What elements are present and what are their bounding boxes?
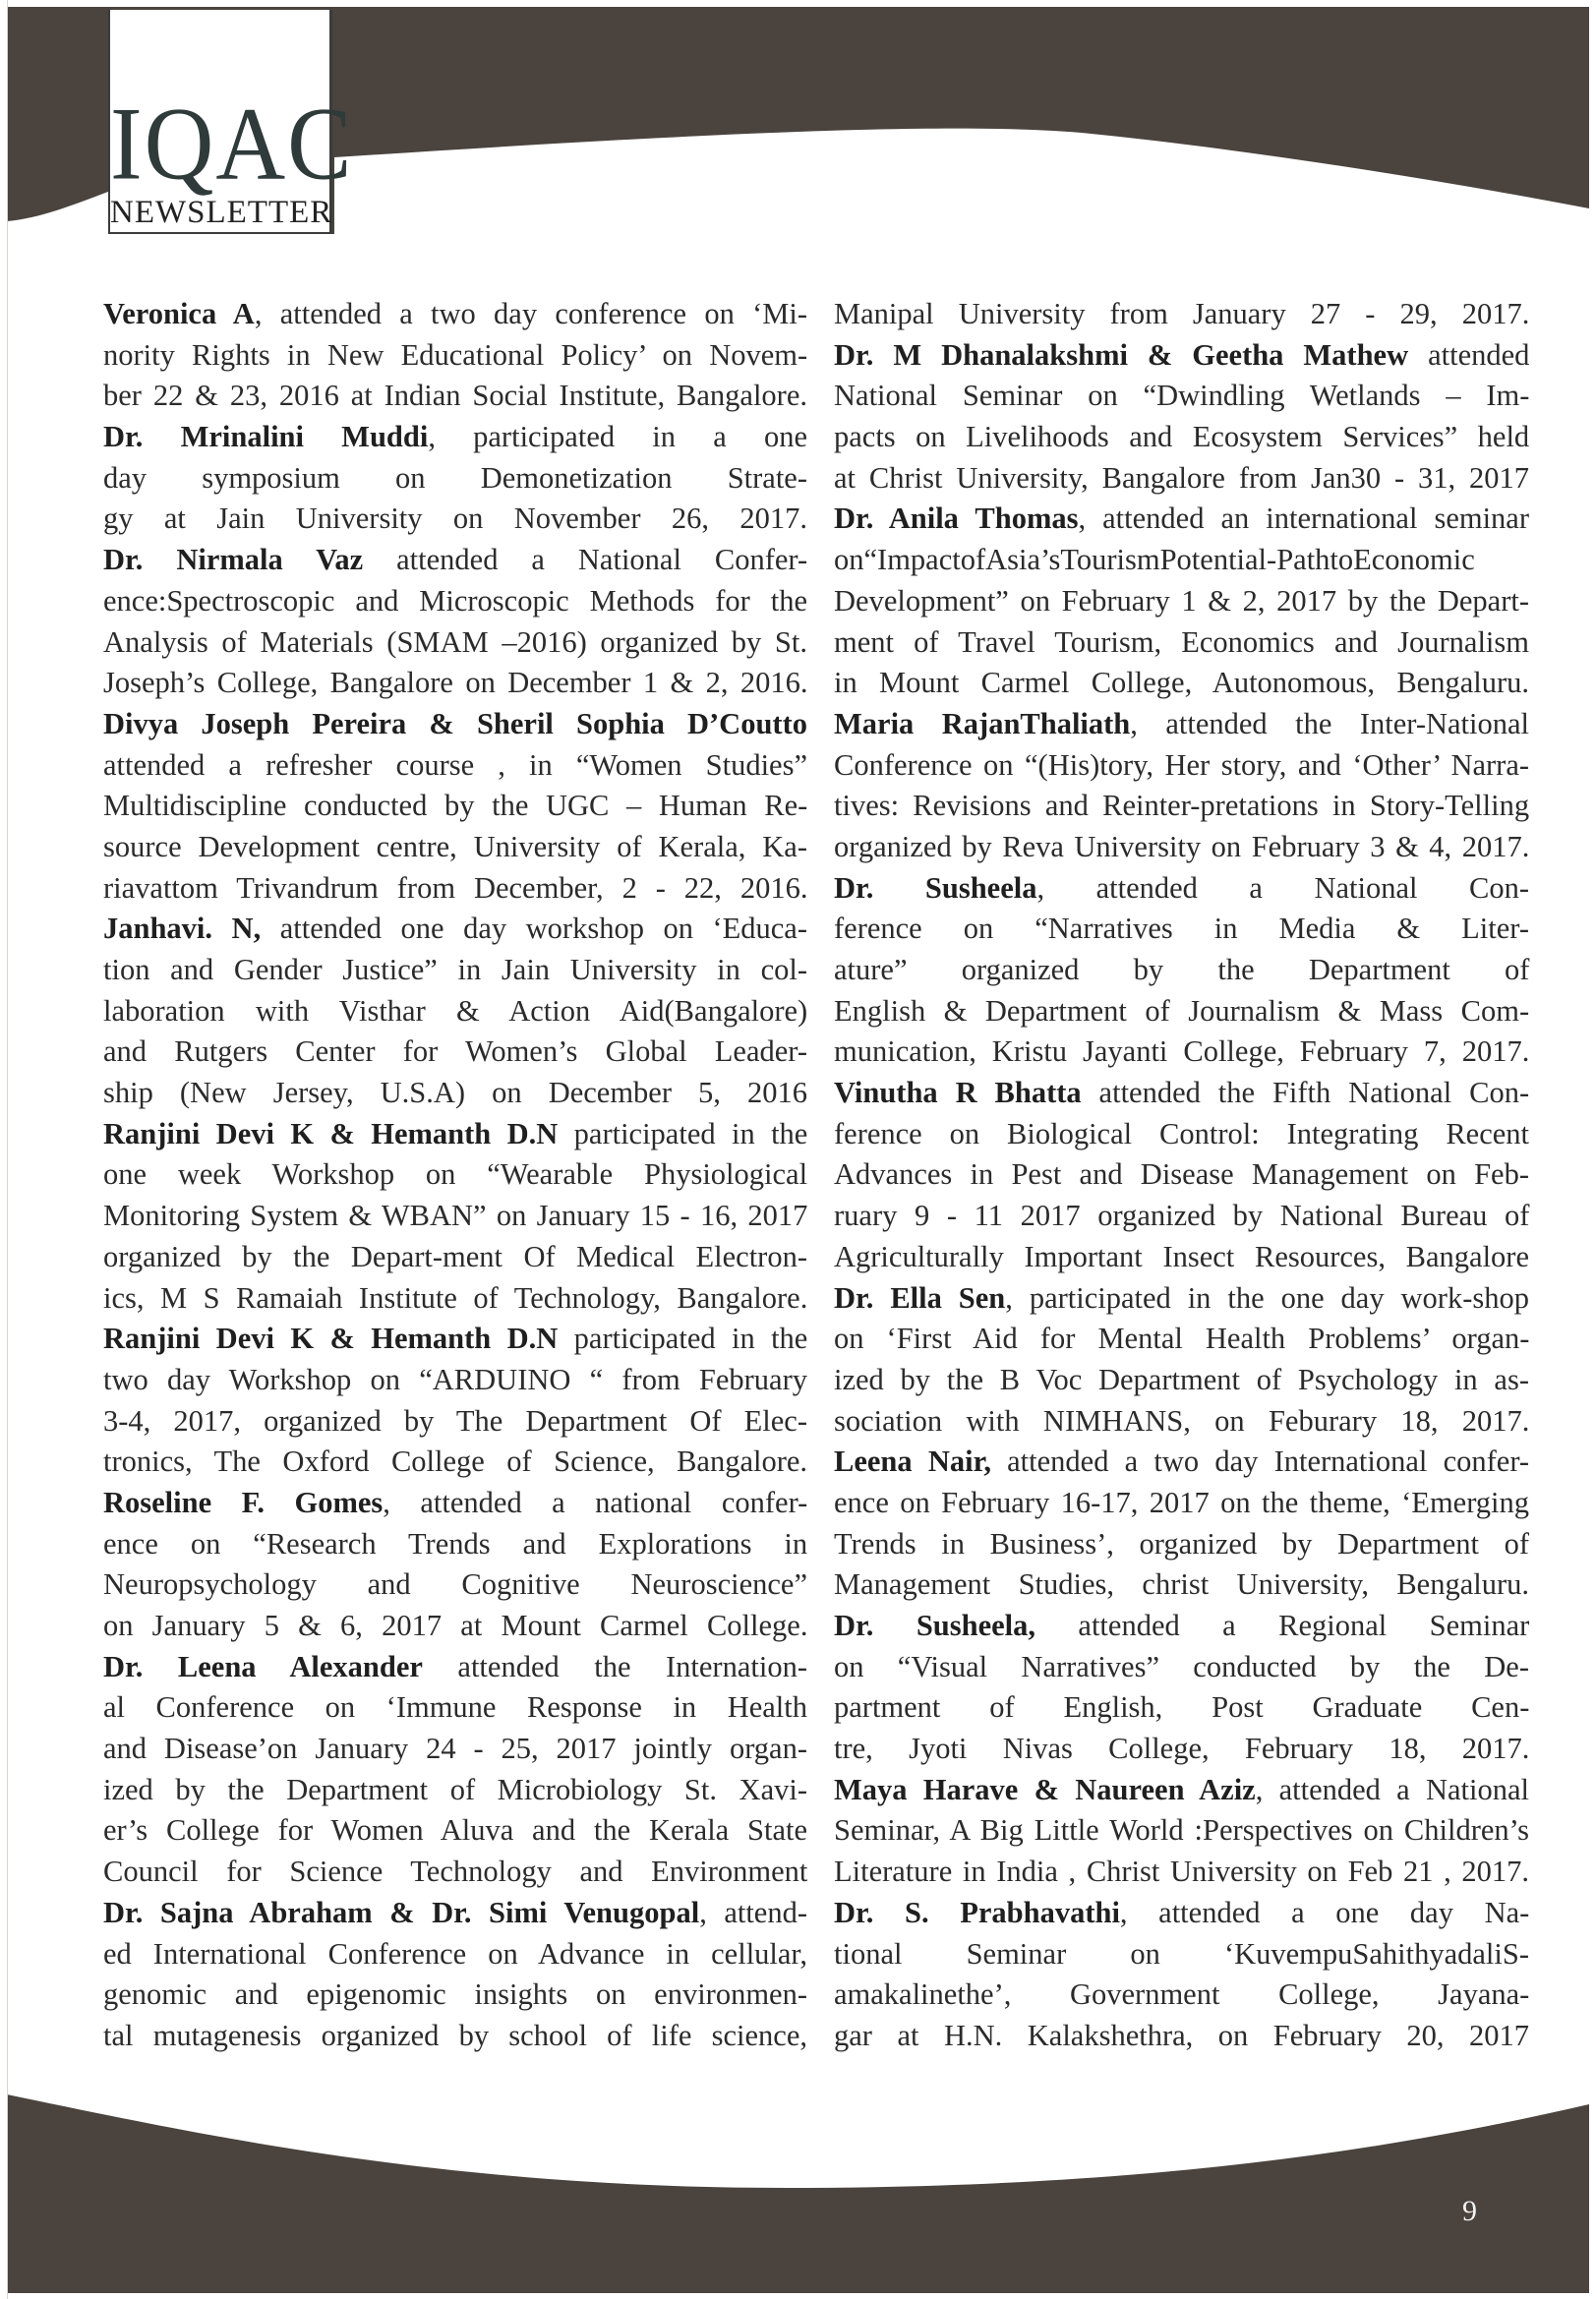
line-text: tional Seminar on ‘KuvempuSahithyadaliS- — [834, 1937, 1529, 1971]
text-line: organized by Reva University on February… — [834, 827, 1529, 868]
logo-title: IQAC — [110, 96, 329, 192]
line-text: Joseph’s College, Bangalore on December … — [103, 666, 807, 699]
text-line: Dr. Ella Sen, participated in the one da… — [834, 1278, 1529, 1320]
text-line: Analysis of Materials (SMAM –2016) organ… — [103, 622, 807, 664]
text-line: two day Workshop on “ARDUINO “ from Febr… — [103, 1360, 807, 1401]
line-text: tives: Revisions and Reinter-pretations … — [834, 789, 1529, 822]
text-line: gar at H.N. Kalakshethra, on February 20… — [834, 2016, 1529, 2057]
text-line: tre, Jyoti Nivas College, February 18, 2… — [834, 1729, 1529, 1770]
text-line: laboration with Visthar & Action Aid(Ban… — [103, 991, 807, 1032]
text-line: on“ImpactofAsia’sTourismPotential-Pathto… — [834, 540, 1529, 581]
line-text: ics, M S Ramaiah Institute of Technology… — [103, 1281, 807, 1315]
line-text: attended a National Confer- — [363, 543, 807, 576]
text-line: ence:Spectroscopic and Microscopic Metho… — [103, 581, 807, 622]
line-text: participated in the — [558, 1117, 807, 1150]
text-line: Multidiscipline conducted by the UGC – H… — [103, 786, 807, 827]
text-line: ber 22 & 23, 2016 at Indian Social Insti… — [103, 376, 807, 417]
line-text: one week Workshop on “Wearable Physiolog… — [103, 1157, 807, 1191]
line-text: ship (New Jersey, U.S.A) on December 5, … — [103, 1076, 807, 1109]
text-line: Dr. S. Prabhavathi, attended a one day N… — [834, 1893, 1529, 1934]
text-line: ference on “Narratives in Media & Liter- — [834, 909, 1529, 950]
text-line: Dr. Nirmala Vaz attended a National Conf… — [103, 540, 807, 581]
line-text: attended a two day International confer- — [991, 1444, 1529, 1478]
line-text: ence:Spectroscopic and Microscopic Metho… — [103, 584, 807, 618]
line-text: Seminar, A Big Little World :Perspective… — [834, 1813, 1529, 1847]
text-line: Dr. Anila Thomas, attended an internatio… — [834, 499, 1529, 540]
line-text: day symposium on Demonetization Strate- — [103, 461, 807, 495]
text-line: Dr. Leena Alexander attended the Interna… — [103, 1647, 807, 1688]
text-line: one week Workshop on “Wearable Physiolog… — [103, 1154, 807, 1196]
text-line: ship (New Jersey, U.S.A) on December 5, … — [103, 1073, 807, 1114]
line-text: attended the Internation- — [423, 1650, 807, 1683]
line-text: Advances in Pest and Disease Management … — [834, 1157, 1529, 1191]
line-text: ed International Conference on Advance i… — [103, 1937, 807, 1971]
attendee-name: Dr. Nirmala Vaz — [103, 543, 363, 576]
text-line: Seminar, A Big Little World :Perspective… — [834, 1810, 1529, 1852]
text-line: and Disease’on January 24 - 25, 2017 joi… — [103, 1729, 807, 1770]
line-text: tal mutagenesis organized by school of l… — [103, 2019, 807, 2052]
text-line: at Christ University, Bangalore from Jan… — [834, 458, 1529, 500]
left-column-text: Veronica A, attended a two day conferenc… — [103, 294, 807, 2057]
text-line: tal mutagenesis organized by school of l… — [103, 2016, 807, 2057]
newsletter-logo: IQAC NEWSLETTER — [108, 10, 332, 234]
text-line: tronics, The Oxford College of Science, … — [103, 1442, 807, 1483]
attendee-name: Dr. Ella Sen — [834, 1281, 1005, 1315]
line-text: attended a Regional Seminar — [1035, 1609, 1529, 1642]
text-line: ruary 9 - 11 2017 organized by National … — [834, 1196, 1529, 1237]
line-text: two day Workshop on “ARDUINO “ from Febr… — [103, 1363, 807, 1396]
text-line: Vinutha R Bhatta attended the Fifth Nati… — [834, 1073, 1529, 1114]
page-number: 9 — [1462, 2195, 1477, 2228]
line-text: on January 5 & 6, 2017 at Mount Carmel C… — [103, 1609, 807, 1642]
text-line: munication, Kristu Jayanti College, Febr… — [834, 1032, 1529, 1073]
line-text: Neuropsychology and Cognitive Neuroscien… — [103, 1567, 807, 1601]
attendee-name: Ranjini Devi K & Hemanth D.N — [103, 1322, 558, 1355]
text-line: Dr. Mrinalini Muddi, participated in a o… — [103, 417, 807, 458]
line-text: Trends in Business’, organized by Depart… — [834, 1527, 1529, 1561]
text-line: partment of English, Post Graduate Cen- — [834, 1687, 1529, 1729]
text-line: day symposium on Demonetization Strate- — [103, 458, 807, 500]
attendee-name: Maria RajanThaliath — [834, 707, 1130, 740]
line-text: ference on Biological Control: Integrati… — [834, 1117, 1529, 1150]
text-line: ment of Travel Tourism, Economics and Jo… — [834, 622, 1529, 664]
text-line: Divya Joseph Pereira & Sheril Sophia D’C… — [103, 704, 807, 745]
text-line: Dr. Susheela, attended a Regional Semina… — [834, 1606, 1529, 1647]
text-line: Management Studies, christ University, B… — [834, 1564, 1529, 1606]
text-line: Joseph’s College, Bangalore on December … — [103, 663, 807, 704]
footer-band — [7, 2094, 1589, 2293]
text-line: National Seminar on “Dwindling Wetlands … — [834, 376, 1529, 417]
text-line: Dr. Susheela, attended a National Con- — [834, 868, 1529, 910]
line-text: Analysis of Materials (SMAM –2016) organ… — [103, 625, 807, 659]
line-text: Manipal University from January 27 - 29,… — [834, 297, 1529, 330]
text-line: source Development centre, University of… — [103, 827, 807, 868]
line-text: Conference on “(His)tory, Her story, and… — [834, 748, 1529, 782]
text-line: English & Department of Journalism & Mas… — [834, 991, 1529, 1032]
line-text: Multidiscipline conducted by the UGC – H… — [103, 789, 807, 822]
attendee-name: Veronica A — [103, 297, 255, 330]
text-line: tives: Revisions and Reinter-pretations … — [834, 786, 1529, 827]
line-text: ence on “Research Trends and Exploration… — [103, 1527, 807, 1561]
text-line: Dr. M Dhanalakshmi & Geetha Mathew atten… — [834, 335, 1529, 377]
line-text: Agriculturally Important Insect Resource… — [834, 1240, 1529, 1273]
text-line: tional Seminar on ‘KuvempuSahithyadaliS- — [834, 1934, 1529, 1975]
attendee-name: Leena Nair, — [834, 1444, 991, 1478]
line-text: ence on February 16-17, 2017 on the them… — [834, 1486, 1529, 1519]
text-line: on “Visual Narratives” conducted by the … — [834, 1647, 1529, 1688]
attendee-name: Dr. M Dhanalakshmi & Geetha Mathew — [834, 338, 1408, 372]
text-line: Ranjini Devi K & Hemanth D.N participate… — [103, 1319, 807, 1360]
line-text: gar at H.N. Kalakshethra, on February 20… — [834, 2019, 1529, 2052]
line-text: on“ImpactofAsia’sTourismPotential-Pathto… — [834, 543, 1475, 576]
line-text: ized by the Department of Microbiology S… — [103, 1773, 807, 1806]
text-line: genomic and epigenomic insights on envir… — [103, 1975, 807, 2016]
line-text: on “Visual Narratives” conducted by the … — [834, 1650, 1529, 1683]
text-line: Advances in Pest and Disease Management … — [834, 1154, 1529, 1196]
text-line: Development” on February 1 & 2, 2017 by … — [834, 581, 1529, 622]
line-text: er’s College for Women Aluva and the Ker… — [103, 1813, 807, 1847]
text-line: sociation with NIMHANS, on Feburary 18, … — [834, 1401, 1529, 1443]
line-text: ized by the B Voc Department of Psycholo… — [834, 1363, 1529, 1396]
text-line: organized by the Depart-ment Of Medical … — [103, 1237, 807, 1278]
line-text: genomic and epigenomic insights on envir… — [103, 1977, 807, 2011]
page-edge-line — [7, 0, 8, 2299]
attendee-name: Vinutha R Bhatta — [834, 1076, 1082, 1109]
text-line: ized by the Department of Microbiology S… — [103, 1770, 807, 1811]
attendee-name: Dr. Leena Alexander — [103, 1650, 423, 1683]
text-line: gy at Jain University on November 26, 20… — [103, 499, 807, 540]
line-text: Management Studies, christ University, B… — [834, 1567, 1529, 1601]
right-column-text: Manipal University from January 27 - 29,… — [834, 294, 1529, 2057]
text-line: attended a refresher course , in “Women … — [103, 745, 807, 787]
line-text: , attended a National — [1256, 1773, 1529, 1806]
text-line: in Mount Carmel College, Autonomous, Ben… — [834, 663, 1529, 704]
line-text: attended the Fifth National Con- — [1082, 1076, 1529, 1109]
line-text: , participated in the one day work-shop — [1005, 1281, 1529, 1315]
text-line: Roseline F. Gomes, attended a national c… — [103, 1483, 807, 1524]
line-text: ment of Travel Tourism, Economics and Jo… — [834, 625, 1529, 659]
line-text: , attended an international seminar — [1078, 501, 1529, 535]
line-text: sociation with NIMHANS, on Feburary 18, … — [834, 1404, 1529, 1438]
attendee-name: Dr. Sajna Abraham & Dr. Simi Venugopal — [103, 1896, 699, 1929]
attendee-name: Dr. Susheela, — [834, 1609, 1035, 1642]
line-text: English & Department of Journalism & Mas… — [834, 994, 1529, 1028]
line-text: Development” on February 1 & 2, 2017 by … — [834, 584, 1529, 618]
line-text: , attended a national confer- — [383, 1486, 807, 1519]
text-line: Dr. Sajna Abraham & Dr. Simi Venugopal, … — [103, 1893, 807, 1934]
text-line: Council for Science Technology and Envir… — [103, 1852, 807, 1893]
text-line: ence on February 16-17, 2017 on the them… — [834, 1483, 1529, 1524]
line-text: 3-4, 2017, organized by The Department O… — [103, 1404, 807, 1438]
text-line: tion and Gender Justice” in Jain Univers… — [103, 950, 807, 991]
text-line: Maya Harave & Naureen Aziz, attended a N… — [834, 1770, 1529, 1811]
text-line: Agriculturally Important Insect Resource… — [834, 1237, 1529, 1278]
line-text: Council for Science Technology and Envir… — [103, 1855, 807, 1888]
line-text: tion and Gender Justice” in Jain Univers… — [103, 953, 807, 986]
text-line: ics, M S Ramaiah Institute of Technology… — [103, 1278, 807, 1320]
line-text: participated in the — [558, 1322, 807, 1355]
attendee-name: Ranjini Devi K & Hemanth D.N — [103, 1117, 558, 1150]
line-text: organized by the Depart-ment Of Medical … — [103, 1240, 807, 1273]
line-text: amakalinethe’, Government College, Jayan… — [834, 1977, 1529, 2011]
line-text: organized by Reva University on February… — [834, 830, 1529, 863]
line-text: National Seminar on “Dwindling Wetlands … — [834, 379, 1529, 412]
text-line: Ranjini Devi K & Hemanth D.N participate… — [103, 1114, 807, 1155]
line-text: nority Rights in New Educational Policy’… — [103, 338, 807, 372]
line-text: tre, Jyoti Nivas College, February 18, 2… — [834, 1732, 1529, 1765]
attendee-name: Dr. S. Prabhavathi — [834, 1896, 1120, 1929]
line-text: laboration with Visthar & Action Aid(Ban… — [103, 994, 807, 1028]
attendee-name: Divya Joseph Pereira & Sheril Sophia D’C… — [103, 707, 807, 740]
line-text: ber 22 & 23, 2016 at Indian Social Insti… — [103, 379, 807, 412]
attendee-name: Roseline F. Gomes — [103, 1486, 383, 1519]
text-line: ed International Conference on Advance i… — [103, 1934, 807, 1975]
line-text: attended a refresher course , in “Women … — [103, 748, 807, 782]
text-line: Veronica A, attended a two day conferenc… — [103, 294, 807, 335]
text-line: er’s College for Women Aluva and the Ker… — [103, 1810, 807, 1852]
text-line: on ‘First Aid for Mental Health Problems… — [834, 1319, 1529, 1360]
line-text: , participated in a one — [428, 420, 807, 453]
line-text: and Rutgers Center for Women’s Global Le… — [103, 1034, 807, 1068]
line-text: partment of English, Post Graduate Cen- — [834, 1690, 1529, 1724]
attendee-name: Janhavi. N, — [103, 912, 261, 945]
line-text: ature” organized by the Department of — [834, 953, 1529, 986]
line-text: riavattom Trivandrum from December, 2 - … — [103, 871, 807, 905]
attendee-name: Dr. Susheela — [834, 871, 1036, 905]
line-text: , attended the Inter-National — [1130, 707, 1529, 740]
text-line: ence on “Research Trends and Exploration… — [103, 1524, 807, 1565]
text-line: ized by the B Voc Department of Psycholo… — [834, 1360, 1529, 1401]
line-text: , attended a National Con- — [1036, 871, 1529, 905]
text-line: Literature in India , Christ University … — [834, 1852, 1529, 1893]
line-text: gy at Jain University on November 26, 20… — [103, 501, 807, 535]
text-line: Monitoring System & WBAN” on January 15 … — [103, 1196, 807, 1237]
text-line: ference on Biological Control: Integrati… — [834, 1114, 1529, 1155]
attendee-name: Dr. Mrinalini Muddi — [103, 420, 428, 453]
line-text: ruary 9 - 11 2017 organized by National … — [834, 1199, 1529, 1232]
line-text: source Development centre, University of… — [103, 830, 807, 863]
line-text: , attended a two day conference on ‘Mi- — [255, 297, 807, 330]
text-line: amakalinethe’, Government College, Jayan… — [834, 1975, 1529, 2016]
line-text: and Disease’on January 24 - 25, 2017 joi… — [103, 1732, 807, 1765]
line-text: on ‘First Aid for Mental Health Problems… — [834, 1322, 1529, 1355]
text-line: Conference on “(His)tory, Her story, and… — [834, 745, 1529, 787]
line-text: pacts on Livelihoods and Ecosystem Servi… — [834, 420, 1529, 453]
line-text: , attended a one day Na- — [1120, 1896, 1529, 1929]
line-text: Monitoring System & WBAN” on January 15 … — [103, 1199, 807, 1232]
text-line: Neuropsychology and Cognitive Neuroscien… — [103, 1564, 807, 1606]
text-line: al Conference on ‘Immune Response in Hea… — [103, 1687, 807, 1729]
attendee-name: Maya Harave & Naureen Aziz — [834, 1773, 1256, 1806]
line-text: munication, Kristu Jayanti College, Febr… — [834, 1034, 1529, 1068]
line-text: ference on “Narratives in Media & Liter- — [834, 912, 1529, 945]
text-line: and Rutgers Center for Women’s Global Le… — [103, 1032, 807, 1073]
text-line: Janhavi. N, attended one day workshop on… — [103, 909, 807, 950]
attendee-name: Dr. Anila Thomas — [834, 501, 1078, 535]
line-text: in Mount Carmel College, Autonomous, Ben… — [834, 666, 1529, 699]
line-text: Literature in India , Christ University … — [834, 1855, 1529, 1888]
line-text: attended one day workshop on ‘Educa- — [261, 912, 807, 945]
line-text: tronics, The Oxford College of Science, … — [103, 1444, 807, 1478]
text-line: Manipal University from January 27 - 29,… — [834, 294, 1529, 335]
text-line: Leena Nair, attended a two day Internati… — [834, 1442, 1529, 1483]
text-line: nority Rights in New Educational Policy’… — [103, 335, 807, 377]
text-line: riavattom Trivandrum from December, 2 - … — [103, 868, 807, 910]
text-line: pacts on Livelihoods and Ecosystem Servi… — [834, 417, 1529, 458]
text-line: Maria RajanThaliath, attended the Inter-… — [834, 704, 1529, 745]
line-text: attended — [1408, 338, 1529, 372]
line-text: , attend- — [699, 1896, 807, 1929]
line-text: at Christ University, Bangalore from Jan… — [834, 461, 1529, 495]
text-line: 3-4, 2017, organized by The Department O… — [103, 1401, 807, 1443]
text-line: on January 5 & 6, 2017 at Mount Carmel C… — [103, 1606, 807, 1647]
text-line: Trends in Business’, organized by Depart… — [834, 1524, 1529, 1565]
text-line: ature” organized by the Department of — [834, 950, 1529, 991]
logo-subtitle: NEWSLETTER — [110, 193, 329, 232]
line-text: al Conference on ‘Immune Response in Hea… — [103, 1690, 807, 1724]
